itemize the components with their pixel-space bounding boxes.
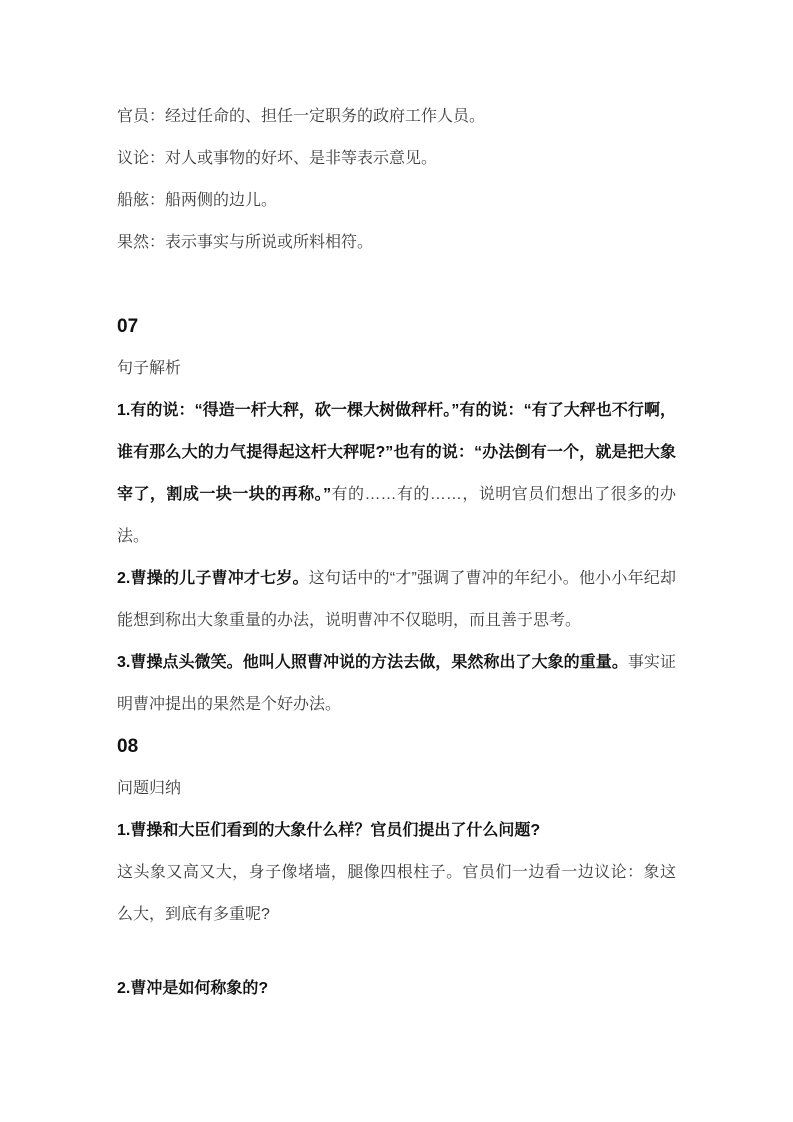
regular-text-run: 这头象又高又大，身子像堵墙，腿像四根柱子。官员们一边看一边议论：象这么大，到底有… (117, 864, 676, 923)
section-08: 08问题归纳1.曹操和大臣们看到的大象什么样？官员们提出了什么问题?这头象又高又… (117, 726, 676, 1010)
bold-text-run: 2.曹操的儿子曹冲才七岁。 (117, 570, 309, 587)
paragraph: 1.曹操和大臣们看到的大象什么样？官员们提出了什么问题? (117, 810, 676, 852)
word-definition-line: 官员：经过任命的、担任一定职务的政府工作人员。 (117, 96, 676, 138)
section-title: 句子解析 (117, 348, 676, 390)
document-content: 官员：经过任命的、担任一定职务的政府工作人员。议论：对人或事物的好坏、是非等表示… (117, 96, 676, 1010)
word-definitions-block: 官员：经过任命的、担任一定职务的政府工作人员。议论：对人或事物的好坏、是非等表示… (117, 96, 676, 264)
paragraph: 3.曹操点头微笑。他叫人照曹冲说的方法去做，果然称出了大象的重量。事实证明曹冲提… (117, 642, 676, 726)
paragraph: 这头象又高又大，身子像堵墙，腿像四根柱子。官员们一边看一边议论：象这么大，到底有… (117, 852, 676, 936)
document-page: 官员：经过任命的、担任一定职务的政府工作人员。议论：对人或事物的好坏、是非等表示… (0, 0, 793, 1122)
section-07: 07句子解析1.有的说：“得造一杆大秤，砍一棵大树做秤杆。”有的说：“有了大秤也… (117, 306, 676, 726)
sections-block: 07句子解析1.有的说：“得造一杆大秤，砍一棵大树做秤杆。”有的说：“有了大秤也… (117, 306, 676, 1010)
bold-text-run: 1.曹操和大臣们看到的大象什么样？官员们提出了什么问题? (117, 822, 540, 839)
section-number: 07 (117, 306, 676, 348)
bold-text-run: 2.曹冲是如何称象的? (117, 980, 268, 997)
word-definition-line: 船舷：船两侧的边儿。 (117, 180, 676, 222)
paragraph: 2.曹冲是如何称象的? (117, 968, 676, 1010)
paragraph: 1.有的说：“得造一杆大秤，砍一棵大树做秤杆。”有的说：“有了大秤也不行啊，谁有… (117, 390, 676, 558)
word-definition-line: 议论：对人或事物的好坏、是非等表示意见。 (117, 138, 676, 180)
word-definition-line: 果然：表示事实与所说或所料相符。 (117, 222, 676, 264)
section-number: 08 (117, 726, 676, 768)
paragraph: 2.曹操的儿子曹冲才七岁。这句话中的“才”强调了曹冲的年纪小。他小小年纪却能想到… (117, 558, 676, 642)
bold-text-run: 3.曹操点头微笑。他叫人照曹冲说的方法去做，果然称出了大象的重量。 (117, 654, 628, 671)
section-title: 问题归纳 (117, 768, 676, 810)
